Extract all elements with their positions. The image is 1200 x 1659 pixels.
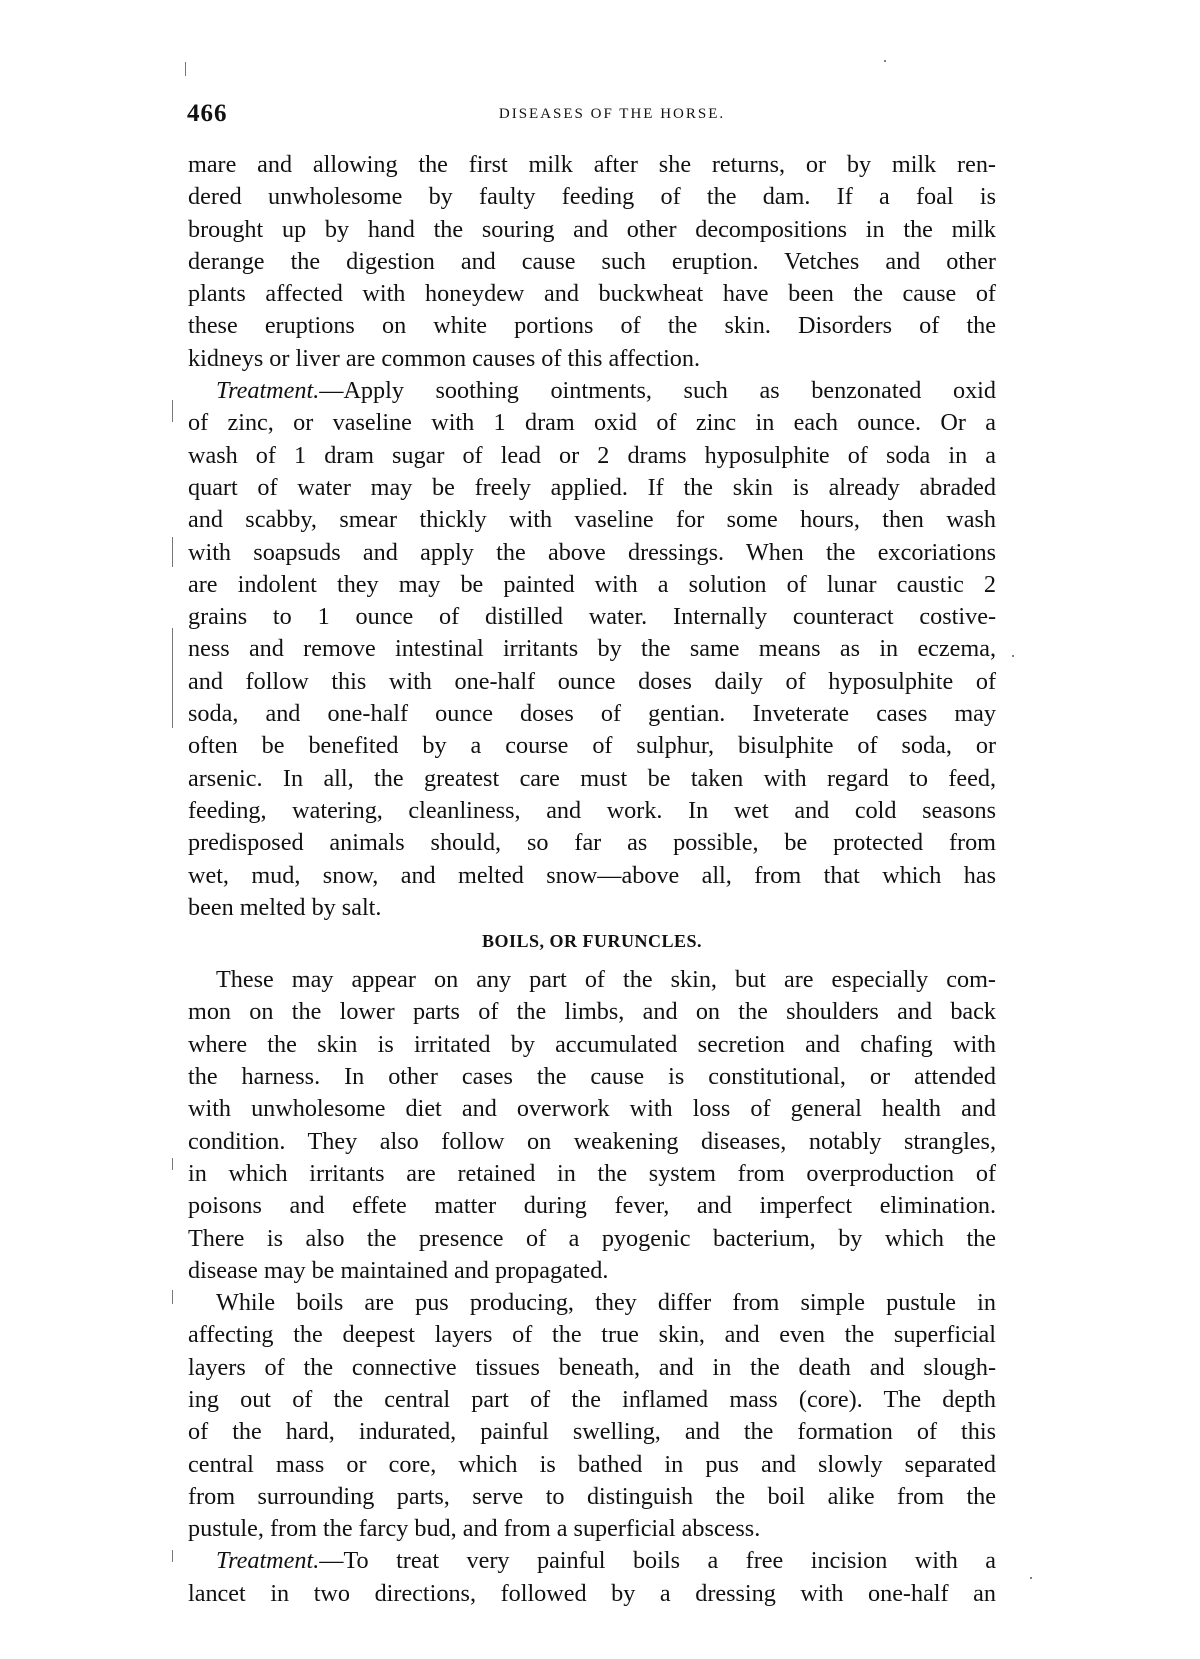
text-line: in which irritants are retained in the s… (188, 1158, 996, 1190)
scan-margin-mark (172, 628, 173, 728)
scan-speck (1030, 1577, 1032, 1579)
paragraph: While boils are pus producing, they diff… (188, 1287, 996, 1545)
text-line: and follow this with one-half ounce dose… (188, 666, 996, 698)
text-line: arsenic. In all, the greatest care must … (188, 763, 996, 795)
text-line: ness and remove intestinal irritants by … (188, 633, 996, 665)
treatment-label: Treatment. (216, 1547, 319, 1574)
text-line: derange the digestion and cause such eru… (188, 246, 996, 278)
text-line: plants affected with honeydew and buckwh… (188, 278, 996, 310)
paragraph-treatment: Treatment.—To treat very painful boils a… (188, 1545, 996, 1610)
paragraph: These may appear on any part of the skin… (188, 964, 996, 1287)
running-head: 466 DISEASES OF THE HORSE. (187, 100, 997, 130)
body-text: mare and allowing the first milk after s… (188, 149, 996, 1610)
text-line: predisposed animals should, so far as po… (188, 827, 996, 859)
text-line: disease may be maintained and propagated… (188, 1255, 996, 1287)
text-line: While boils are pus producing, they diff… (188, 1287, 996, 1319)
section-heading: BOILS, OR FURUNCLES. (188, 924, 996, 960)
text-line: quart of water may be freely applied. If… (188, 472, 996, 504)
text-line: mare and allowing the first milk after s… (188, 149, 996, 181)
text-line: been melted by salt. (188, 892, 996, 924)
paragraph: mare and allowing the first milk after s… (188, 149, 996, 375)
text-line: brought up by hand the souring and other… (188, 214, 996, 246)
scan-margin-mark (172, 1158, 173, 1170)
scan-margin-mark (172, 537, 173, 567)
text-line: with soapsuds and apply the above dressi… (188, 537, 996, 569)
text-line: condition. They also follow on weakening… (188, 1126, 996, 1158)
text-line: Treatment.—Apply soothing ointments, suc… (188, 375, 996, 407)
text-line: wet, mud, snow, and melted snow—above al… (188, 860, 996, 892)
text-line: with unwholesome diet and overwork with … (188, 1093, 996, 1125)
running-title: DISEASES OF THE HORSE. (187, 106, 997, 123)
scan-speck (1012, 655, 1014, 657)
text-line: and scabby, smear thickly with vaseline … (188, 504, 996, 536)
text-line: pustule, from the farcy bud, and from a … (188, 1513, 996, 1545)
scan-margin-mark (185, 62, 186, 76)
text-line: grains to 1 ounce of distilled water. In… (188, 601, 996, 633)
scan-margin-mark (172, 1550, 173, 1562)
text-line: These may appear on any part of the skin… (188, 964, 996, 996)
text-line: of zinc, or vaseline with 1 dram oxid of… (188, 407, 996, 439)
scan-margin-mark (172, 400, 173, 422)
scan-speck (884, 60, 886, 62)
text-line: these eruptions on white portions of the… (188, 310, 996, 342)
text-line: ing out of the central part of the infla… (188, 1384, 996, 1416)
scan-margin-mark (172, 1290, 173, 1304)
text-line: mon on the lower parts of the limbs, and… (188, 996, 996, 1028)
text-line: wash of 1 dram sugar of lead or 2 drams … (188, 440, 996, 472)
text-line: affecting the deepest layers of the true… (188, 1319, 996, 1351)
text-line: layers of the connective tissues beneath… (188, 1352, 996, 1384)
text-line: feeding, watering, cleanliness, and work… (188, 795, 996, 827)
text-line: poisons and effete matter during fever, … (188, 1190, 996, 1222)
text-line: There is also the presence of a pyogenic… (188, 1223, 996, 1255)
text-line: soda, and one-half ounce doses of gentia… (188, 698, 996, 730)
text-line: often be benefited by a course of sulphu… (188, 730, 996, 762)
text-line: are indolent they may be painted with a … (188, 569, 996, 601)
text-line: of the hard, indurated, painful swelling… (188, 1416, 996, 1448)
treatment-label: Treatment. (216, 377, 319, 404)
text-line: where the skin is irritated by accumulat… (188, 1029, 996, 1061)
text-line: Treatment.—To treat very painful boils a… (188, 1545, 996, 1577)
text-line: dered unwholesome by faulty feeding of t… (188, 181, 996, 213)
text-line: from surrounding parts, serve to disting… (188, 1481, 996, 1513)
text-line: kidneys or liver are common causes of th… (188, 343, 996, 375)
text-line: central mass or core, which is bathed in… (188, 1449, 996, 1481)
text-line: the harness. In other cases the cause is… (188, 1061, 996, 1093)
paragraph-treatment: Treatment.—Apply soothing ointments, suc… (188, 375, 996, 924)
book-page: 466 DISEASES OF THE HORSE. mare and allo… (0, 0, 1200, 1659)
text-line: lancet in two directions, followed by a … (188, 1578, 996, 1610)
